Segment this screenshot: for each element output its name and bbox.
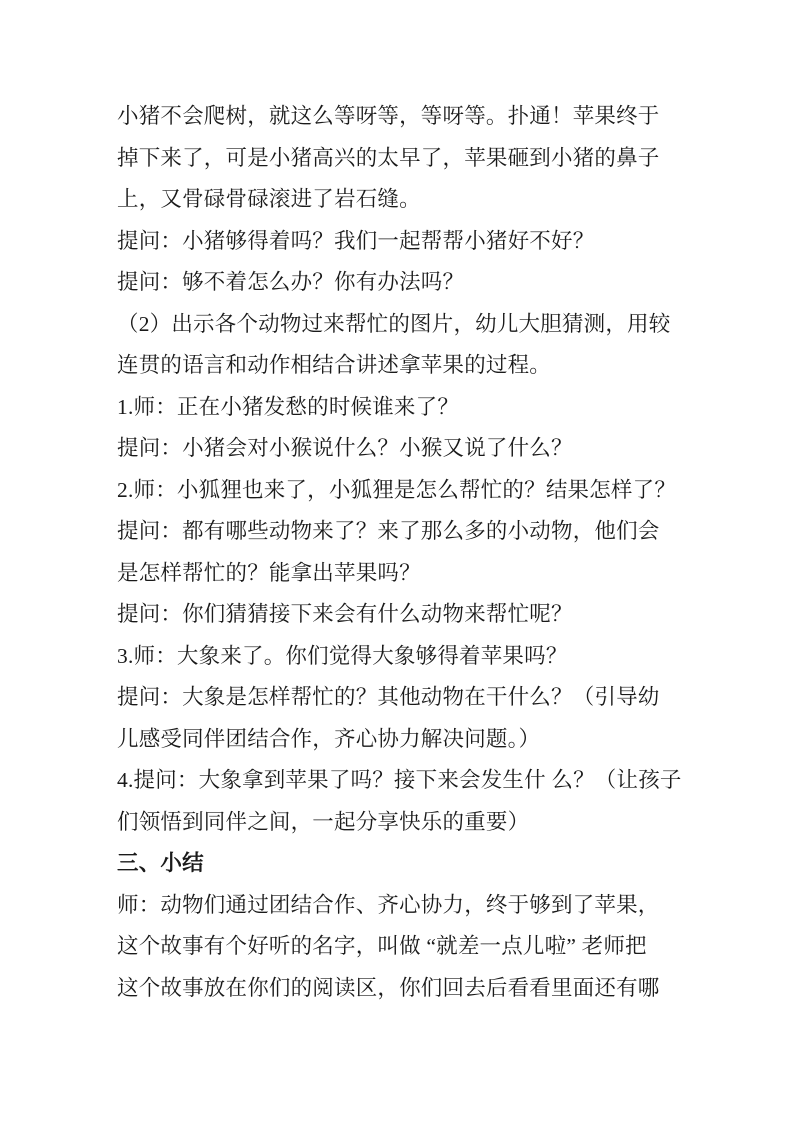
text-line: 上，又骨碌骨碌滚进了岩石缝。 — [117, 177, 687, 219]
text-line: 小猪不会爬树，就这么等呀等，等呀等。扑通！苹果终于 — [117, 94, 687, 136]
document-page: 小猪不会爬树，就这么等呀等，等呀等。扑通！苹果终于掉下来了，可是小猪高兴的太早了… — [0, 0, 794, 1123]
text-line: 提问：够不着怎么办？你有办法吗？ — [117, 260, 687, 302]
text-line: 掉下来了，可是小猪高兴的太早了，苹果砸到小猪的鼻子 — [117, 136, 687, 178]
text-line: 儿感受同伴团结合作，齐心协力解决问题。） — [117, 717, 687, 759]
text-line: 连贯的语言和动作相结合讲述拿苹果的过程。 — [117, 343, 687, 385]
document-text-block: 小猪不会爬树，就这么等呀等，等呀等。扑通！苹果终于掉下来了，可是小猪高兴的太早了… — [117, 94, 687, 1007]
text-line: 4.提问：大象拿到苹果了吗？接下来会发生什 么？（让孩子 — [117, 758, 687, 800]
text-line: 提问：大象是怎样帮忙的？其他动物在干什么？（引导幼 — [117, 675, 687, 717]
text-line: 师：动物们通过团结合作、齐心协力，终于够到了苹果， — [117, 883, 687, 925]
text-line: 是怎样帮忙的？能拿出苹果吗？ — [117, 551, 687, 593]
text-line: 1.师：正在小猪发愁的时候谁来了？ — [117, 385, 687, 427]
text-line: （2）出示各个动物过来帮忙的图片，幼儿大胆猜测，用较 — [117, 302, 687, 344]
text-line: 这个故事有个好听的名字，叫做 “就差一点儿啦” 老师把 — [117, 924, 687, 966]
text-line: 提问：小猪会对小猴说什么？小猴又说了什么？ — [117, 426, 687, 468]
text-line: 们领悟到同伴之间，一起分享快乐的重要） — [117, 800, 687, 842]
text-line: 提问：小猪够得着吗？我们一起帮帮小猪好不好？ — [117, 219, 687, 261]
text-line: 提问：都有哪些动物来了？来了那么多的小动物，他们会 — [117, 509, 687, 551]
text-line: 提问：你们猜猜接下来会有什么动物来帮忙呢？ — [117, 592, 687, 634]
text-line: 3.师：大象来了。你们觉得大象够得着苹果吗？ — [117, 634, 687, 676]
text-line: 2.师：小狐狸也来了，小狐狸是怎么帮忙的？结果怎样了？ — [117, 468, 687, 510]
text-line: 这个故事放在你们的阅读区，你们回去后看看里面还有哪 — [117, 966, 687, 1008]
section-heading: 三、小结 — [117, 841, 687, 883]
